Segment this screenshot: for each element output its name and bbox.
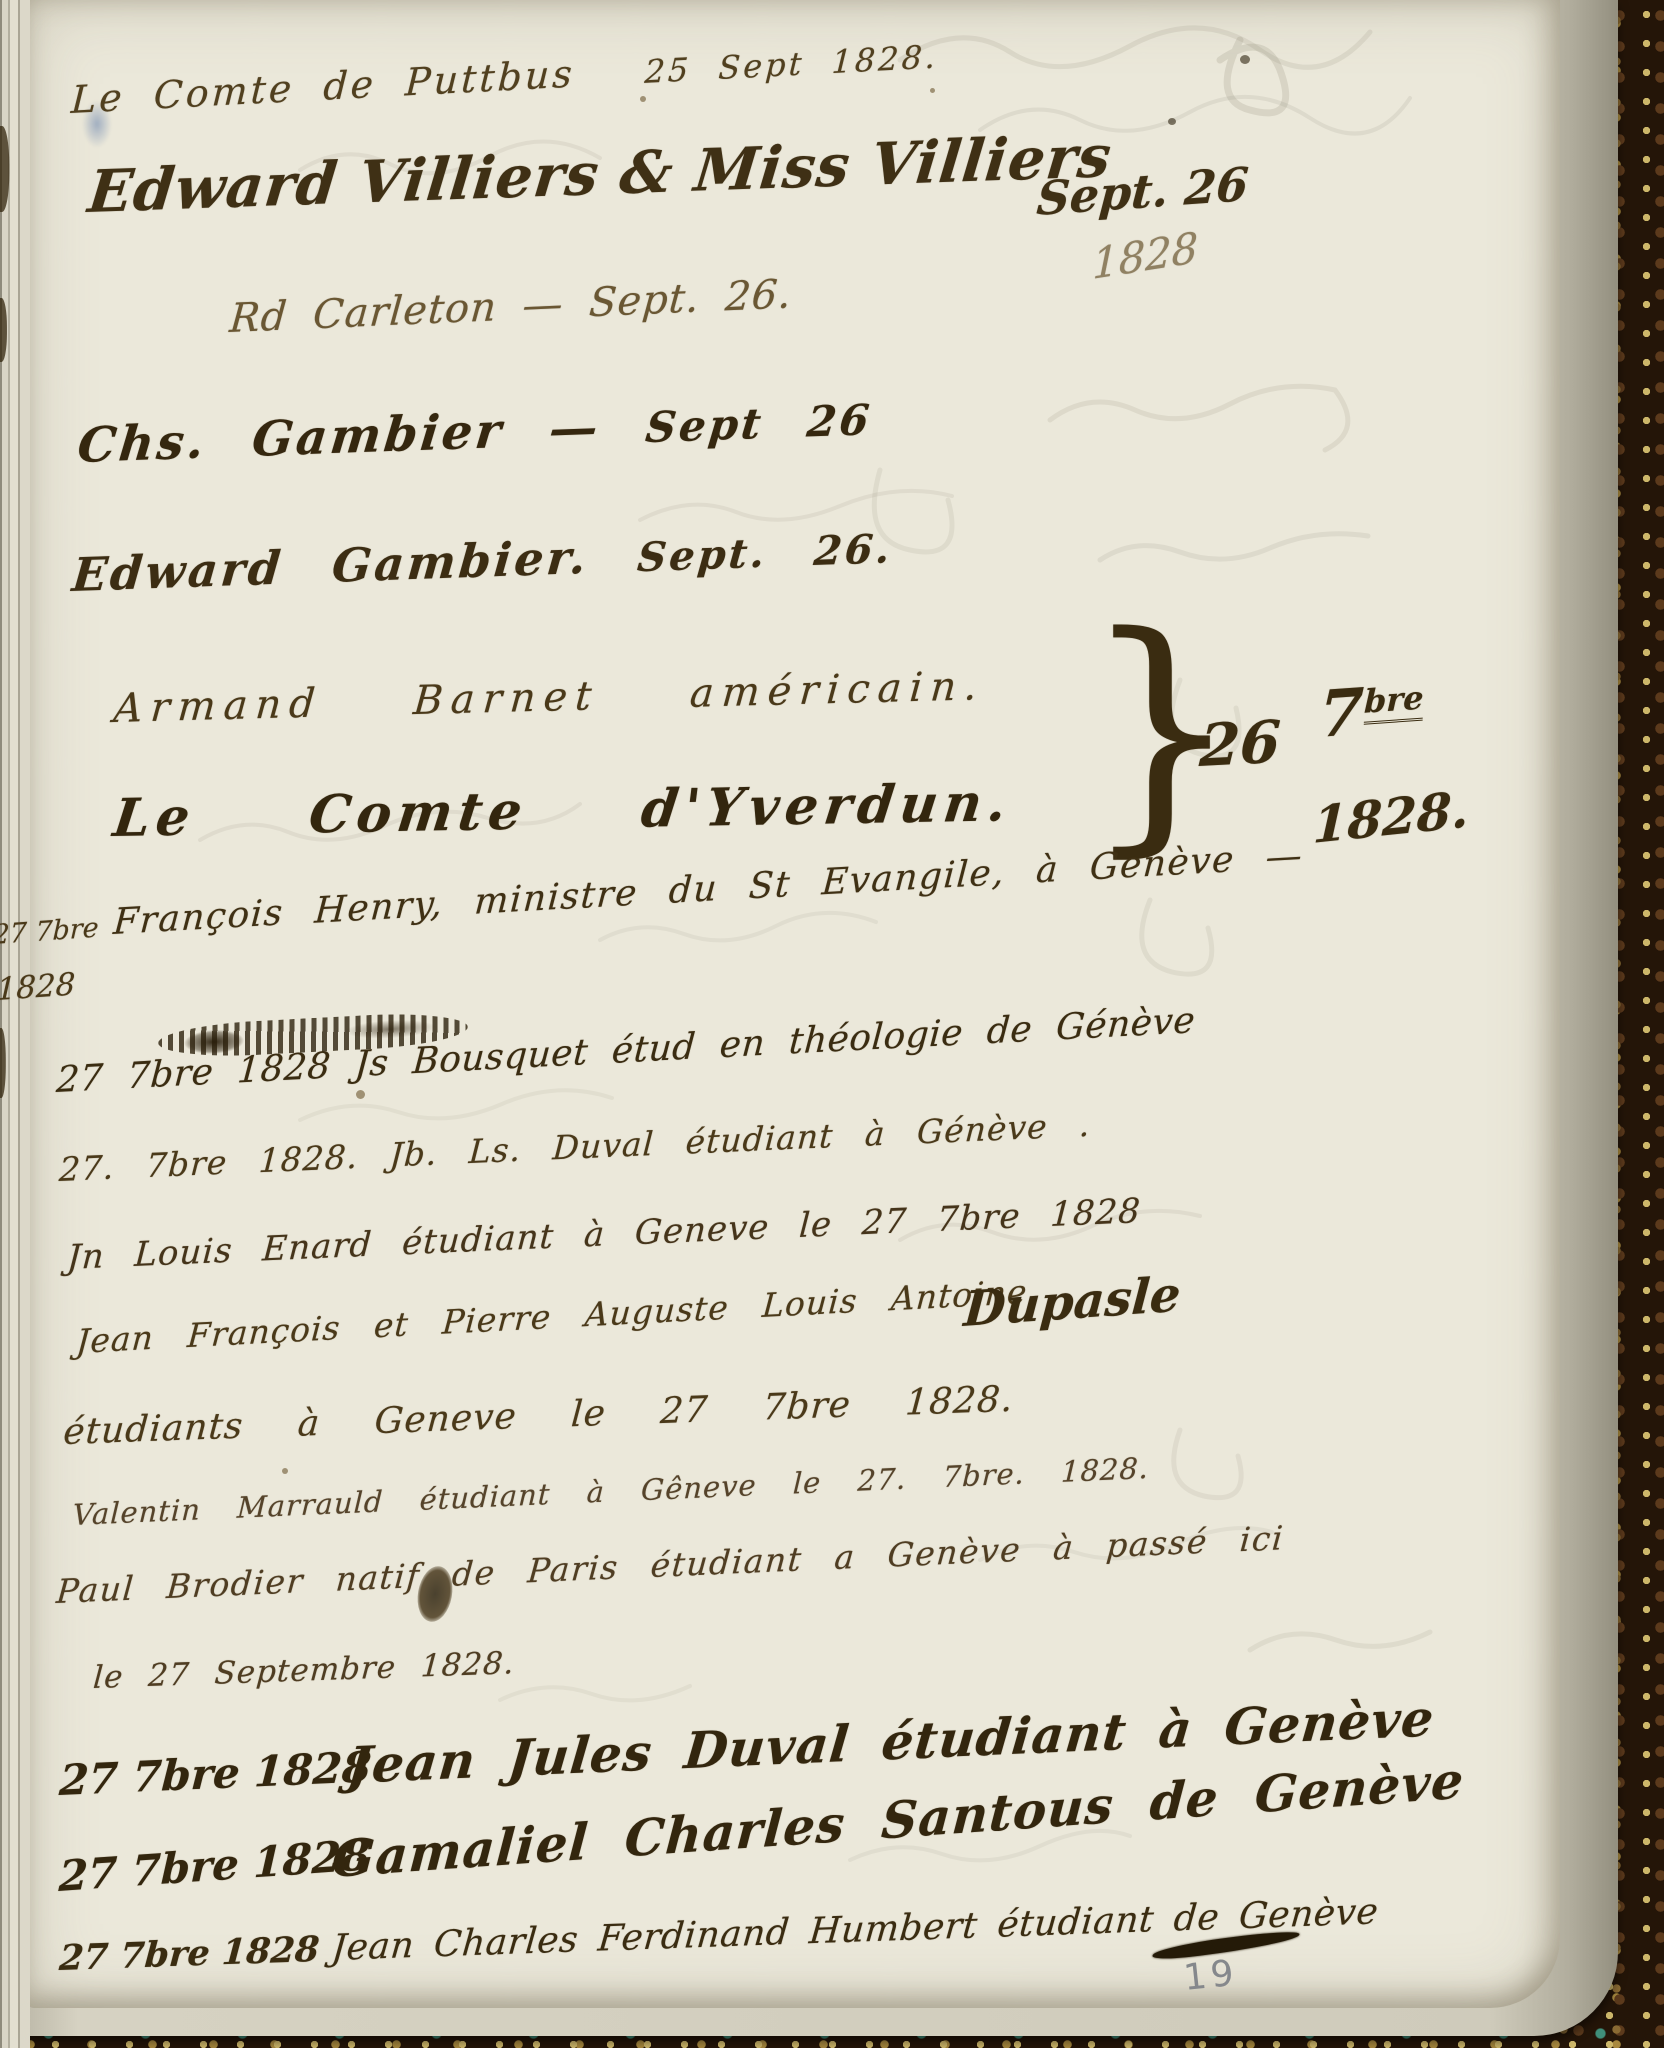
group-date-month-suffix: bre: [1363, 679, 1424, 725]
page-number: 19: [1182, 1953, 1240, 1999]
group-date-day: 26: [1198, 707, 1282, 780]
group-date-month: 7bre: [1318, 670, 1425, 753]
group-date-month-number: 7: [1318, 675, 1365, 753]
manuscript-scan: Le Comte de Puttbus25 Sept 1828. Edward …: [0, 0, 1664, 2048]
spacer: [574, 83, 644, 87]
entry-ch-gambier-date: Sept 26: [643, 395, 874, 452]
entry-ed-gambier-date: Sept. 26.: [636, 525, 895, 581]
entry-henry-margin-year: 1828: [0, 966, 76, 1008]
entry-carleton-date: Sept. 26.: [587, 271, 793, 326]
